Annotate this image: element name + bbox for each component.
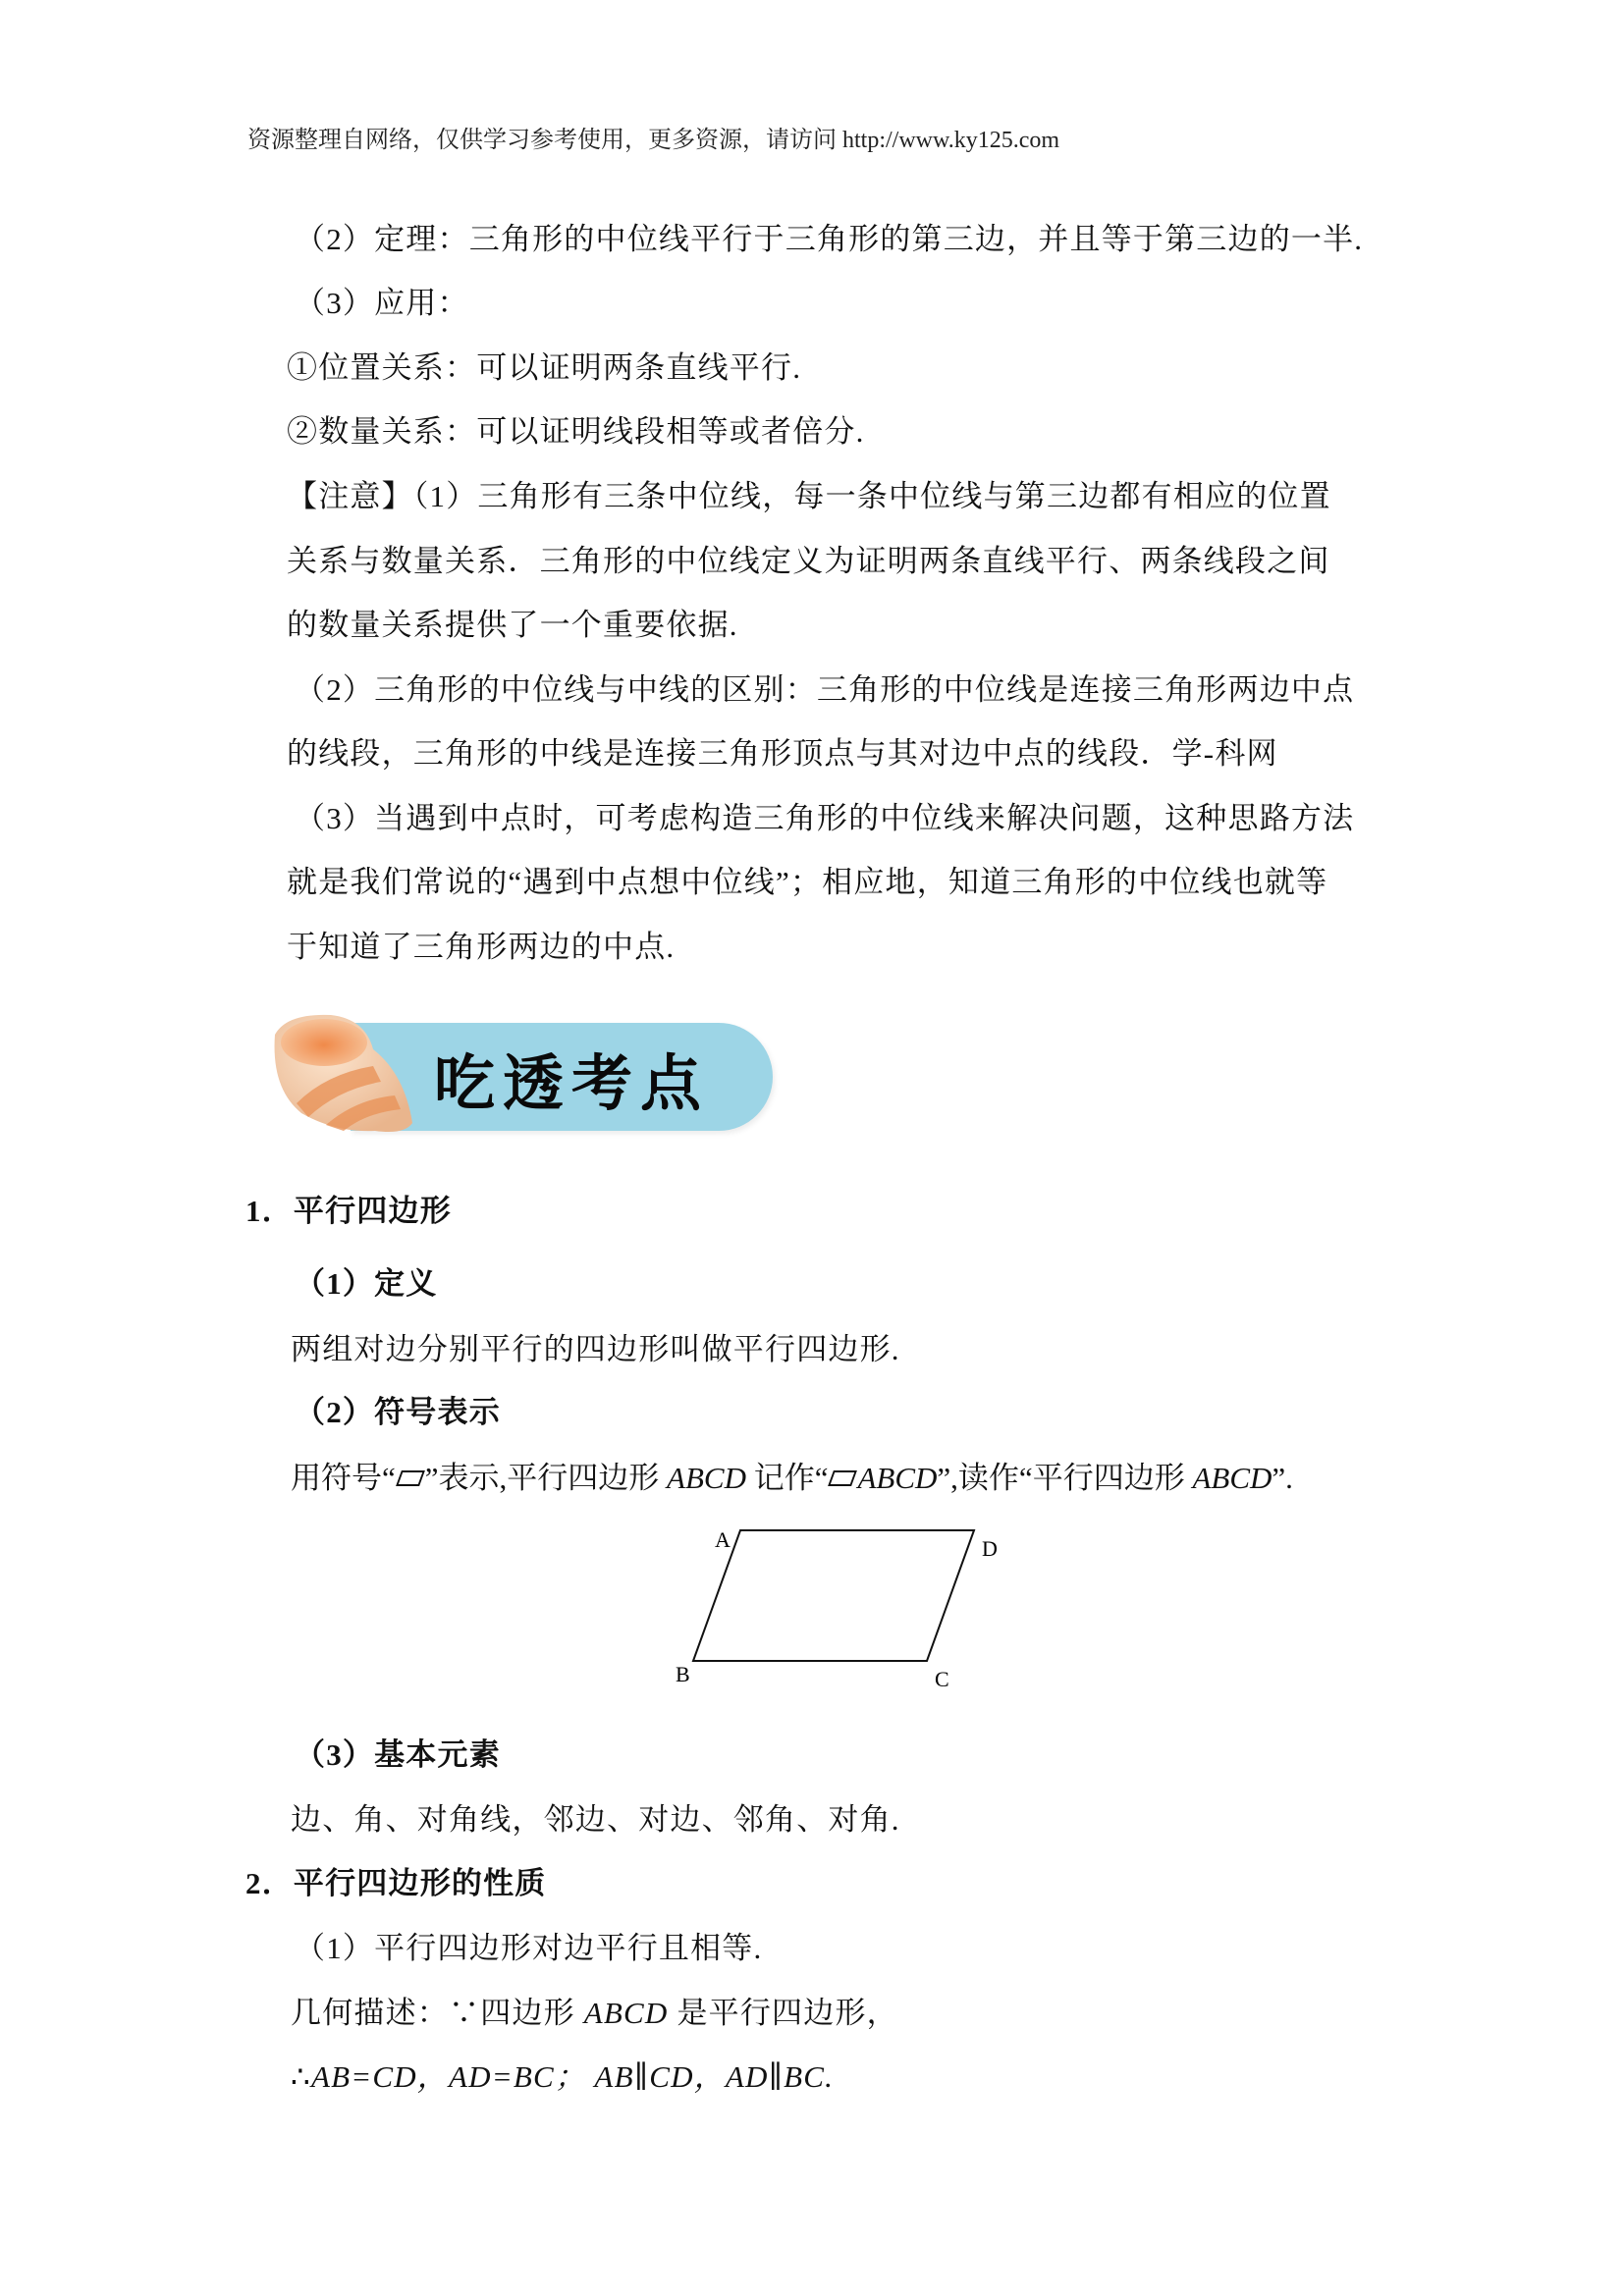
abcd-label: ABCD — [584, 1996, 669, 2030]
application-heading: （3）应用： — [295, 278, 469, 322]
vertex-label-d: D — [982, 1536, 998, 1561]
vertex-label-b: B — [676, 1662, 690, 1686]
symbol-heading: （2）符号表示 — [295, 1387, 501, 1431]
geo-prefix: 几何描述：∵四边形 — [291, 1996, 584, 2030]
topic1-heading: 1．平行四边形 — [245, 1186, 452, 1230]
definition-heading: （1）定义 — [295, 1258, 438, 1303]
vertex-label-a: A — [715, 1527, 731, 1552]
geometric-description: 几何描述：∵四边形 ABCD 是平行四边形， — [291, 1988, 898, 2032]
elements-text: 边、角、对角线，邻边、对边、邻角、对角. — [291, 1794, 900, 1839]
parallelogram-figure: A D B C — [668, 1522, 1021, 1718]
seashell-icon — [257, 1005, 424, 1152]
note-line-2: 关系与数量关系．三角形的中位线定义为证明两条直线平行、两条线段之间 — [287, 536, 1330, 580]
definition-text: 两组对边分别平行的四边形叫做平行四边形. — [291, 1324, 900, 1368]
abcd-label: ABCD — [1192, 1461, 1272, 1495]
symbol-text-part: 记作“ — [746, 1461, 829, 1495]
therefore-symbol: ∴ — [291, 2059, 311, 2094]
theorem-line: （2）定理：三角形的中位线平行于三角形的第三边，并且等于第三边的一半. — [295, 214, 1363, 258]
conclusion-text: AB=CD，AD=BC； AB∥CD，AD∥BC. — [311, 2059, 834, 2094]
topic2-heading: 2．平行四边形的性质 — [245, 1858, 547, 1902]
parallelogram-symbol-icon — [396, 1470, 425, 1486]
note-line-4: （2）三角形的中位线与中线的区别：三角形的中位线是连接三角形两边中点 — [295, 665, 1354, 709]
note-line-7: 就是我们常说的“遇到中点想中位线”；相应地，知道三角形的中位线也就等 — [287, 857, 1327, 901]
parallelogram-symbol-icon — [829, 1470, 858, 1486]
banner-title: 吃透考点 — [434, 1035, 709, 1122]
note-line-1: 【注意】（1）三角形有三条中位线，每一条中位线与第三边都有相应的位置 — [287, 471, 1331, 515]
conclusion-line: ∴AB=CD，AD=BC； AB∥CD，AD∥BC. — [291, 2052, 834, 2096]
symbol-text-part: ”. — [1272, 1461, 1293, 1495]
application-item-position: ①位置关系：可以证明两条直线平行. — [287, 343, 801, 387]
application-item-quantity: ②数量关系：可以证明线段相等或者倍分. — [287, 406, 865, 451]
note-line-3: 的数量关系提供了一个重要依据. — [287, 600, 738, 644]
abcd-label: ABCD — [857, 1461, 937, 1495]
property-1: （1）平行四边形对边平行且相等. — [295, 1923, 762, 1967]
note-line-5: 的线段，三角形的中线是连接三角形顶点与其对边中点的线段．学-科网 — [287, 728, 1278, 773]
symbol-text-part: ”,读作“平行四边形 — [937, 1461, 1192, 1495]
symbol-text-part: 用符号“ — [291, 1461, 396, 1495]
symbol-text: 用符号“”表示,平行四边形 ABCD 记作“ABCD”,读作“平行四边形 ABC… — [291, 1453, 1293, 1497]
section-banner: 吃透考点 — [257, 1005, 768, 1152]
abcd-label: ABCD — [667, 1461, 746, 1495]
symbol-text-part: ”表示,平行四边形 — [425, 1461, 667, 1495]
vertex-label-c: C — [935, 1667, 949, 1691]
note-text: （1）三角形有三条中位线，每一条中位线与第三边都有相应的位置 — [413, 479, 1331, 513]
note-line-8: 于知道了三角形两边的中点. — [287, 922, 675, 966]
elements-heading: （3）基本元素 — [295, 1730, 501, 1774]
page-header-watermark: 资源整理自网络，仅供学习参考使用，更多资源，请访问 http://www.ky1… — [247, 120, 1059, 154]
note-label: 【注意】 — [287, 479, 413, 513]
geo-suffix: 是平行四边形， — [669, 1996, 898, 2030]
note-line-6: （3）当遇到中点时，可考虑构造三角形的中位线来解决问题，这种思路方法 — [295, 793, 1354, 837]
